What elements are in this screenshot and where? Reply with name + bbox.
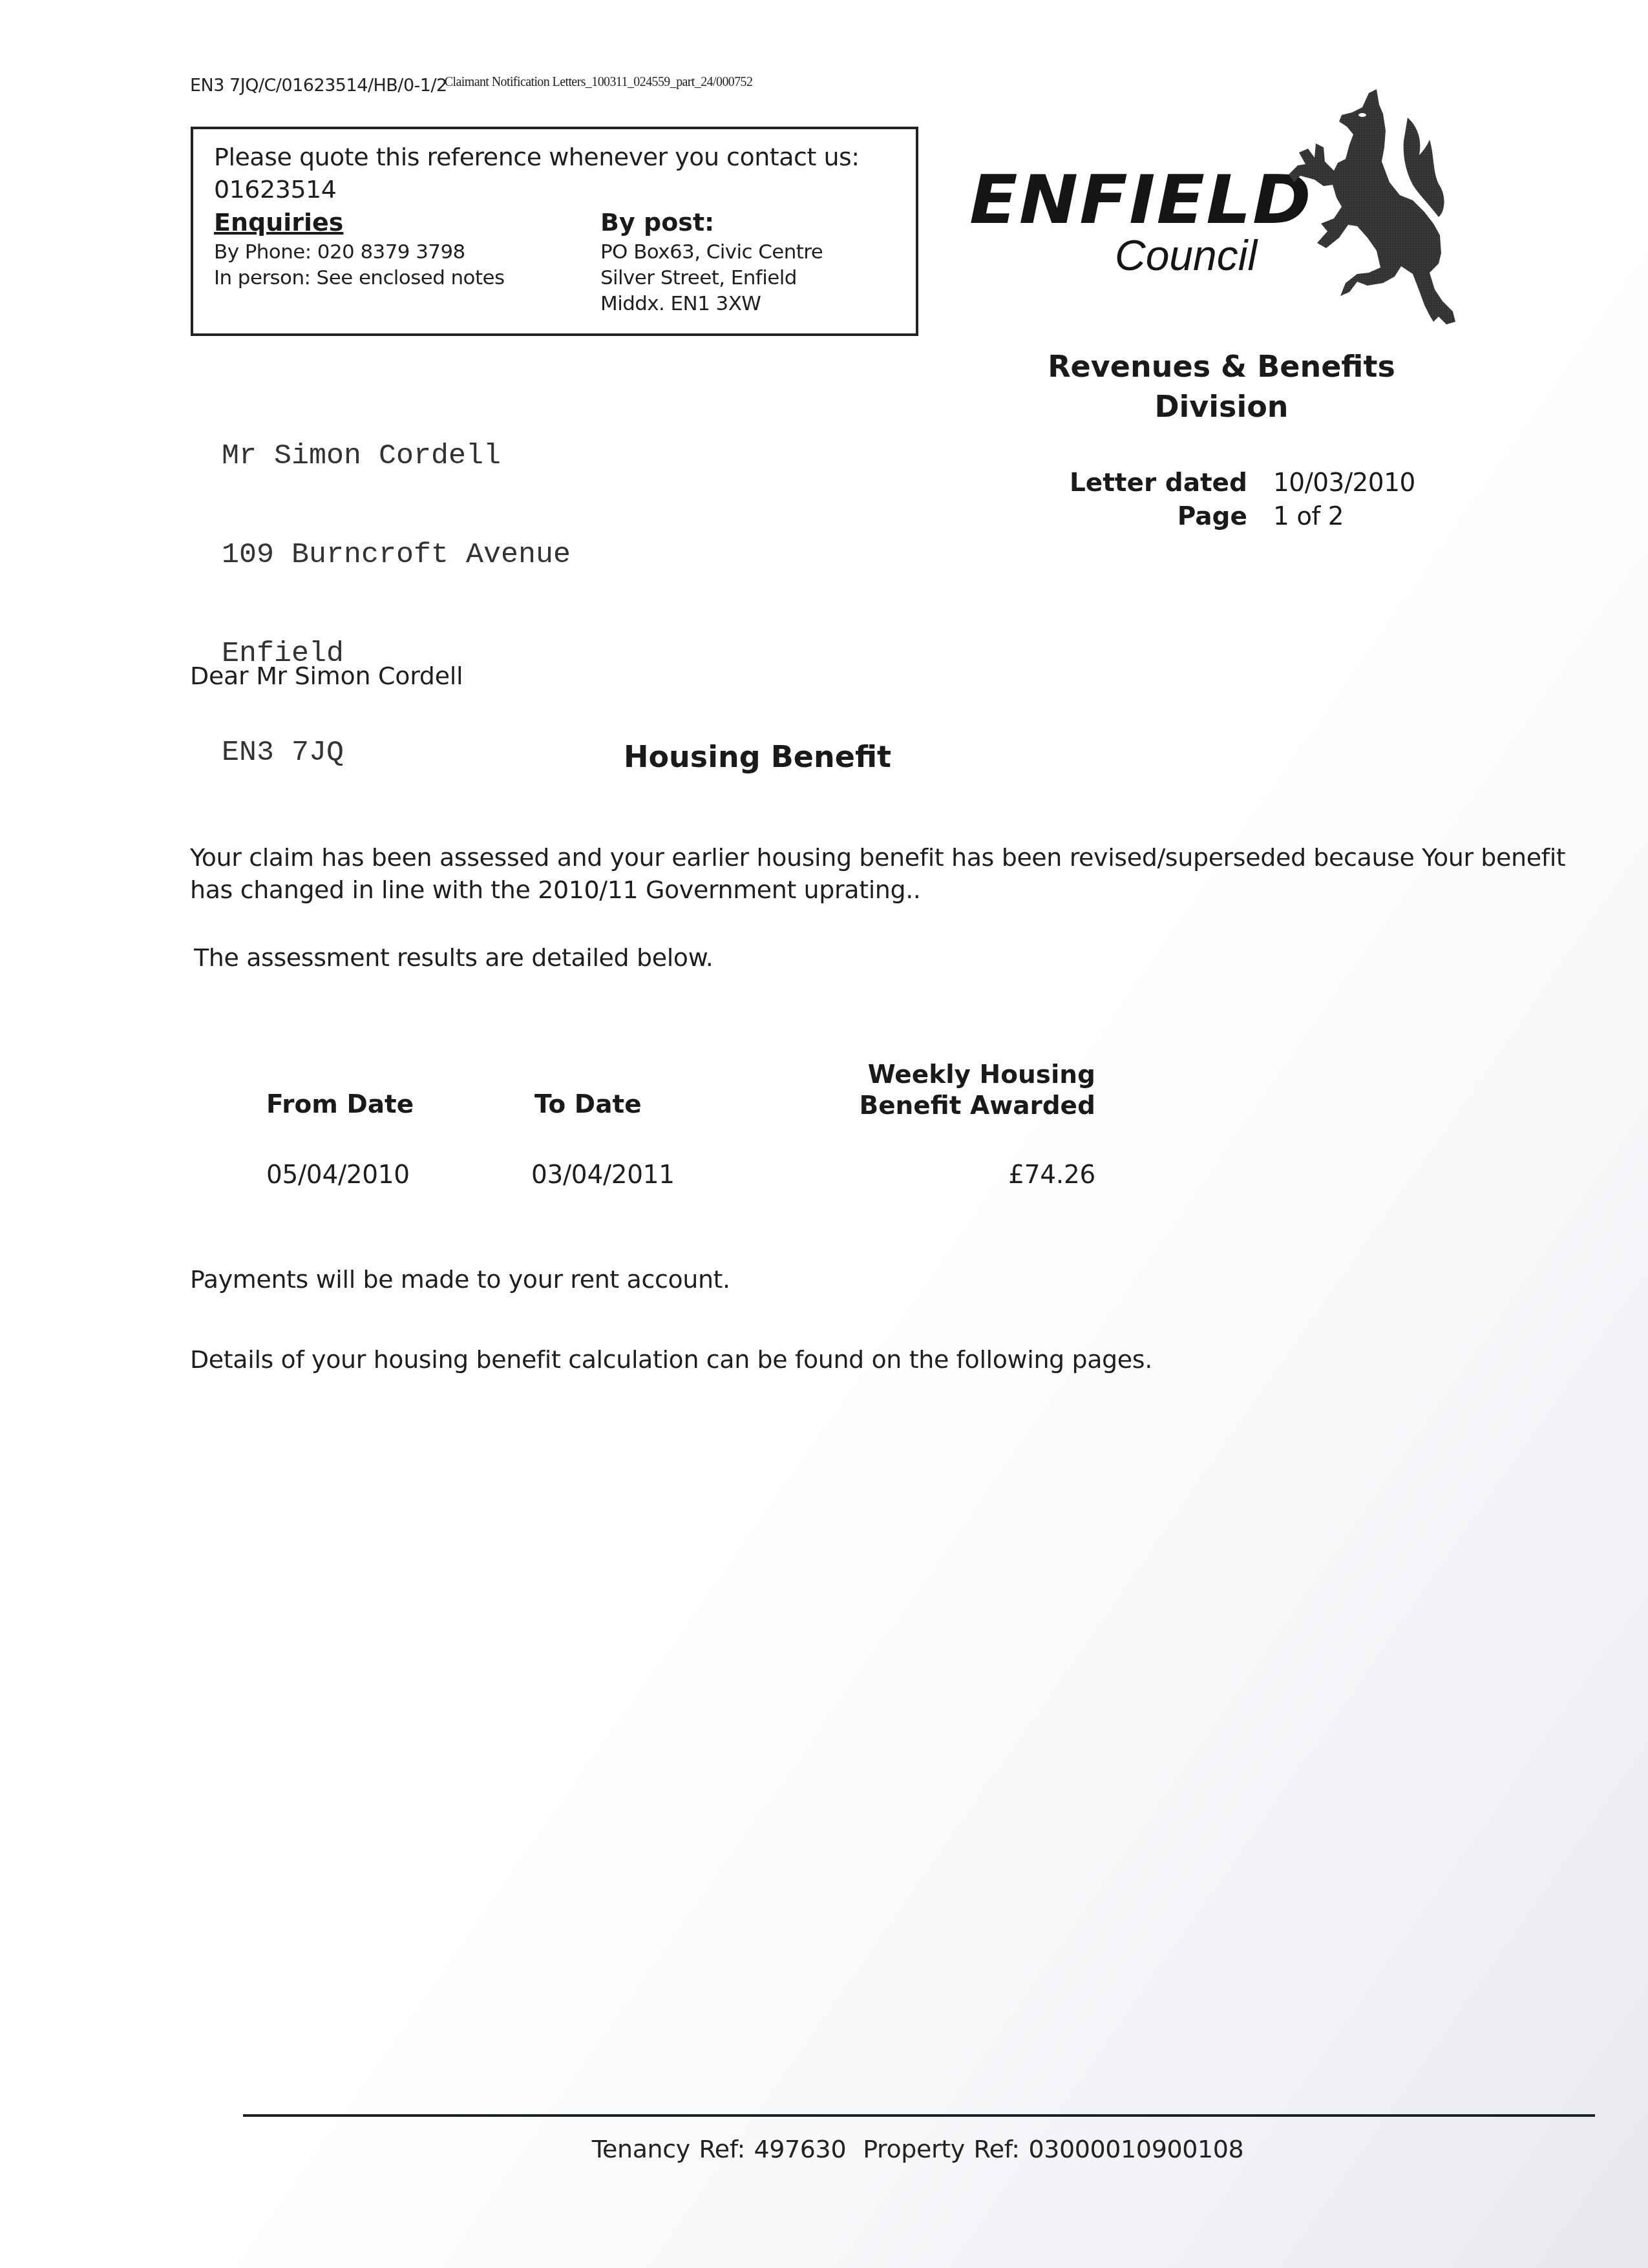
- postal-address-line: Silver Street, Enfield: [600, 265, 823, 291]
- batch-label: Claimant Notification Letters_100311_024…: [445, 75, 753, 89]
- letter-date-label: Letter dated: [1034, 467, 1273, 500]
- footer-references: Tenancy Ref: 497630Property Ref: 0300001…: [233, 2135, 1603, 2163]
- greeting: Dear Mr Simon Cordell: [190, 662, 463, 690]
- division-line-1: Revenues & Benefits: [995, 346, 1448, 386]
- enquiries-phone: By Phone: 020 8379 3798: [214, 239, 505, 265]
- recipient-postcode: EN3 7JQ: [222, 736, 571, 769]
- letter-title: Housing Benefit: [624, 739, 891, 774]
- property-ref: Property Ref: 0300001090010​8: [863, 2135, 1243, 2163]
- page-number: 1 of 2: [1273, 500, 1344, 534]
- letter-reference-code: EN3 7JQ/C/01623514/HB/0-1/2Claimant Noti…: [190, 75, 752, 96]
- enquiries-in-person: In person: See enclosed notes: [214, 265, 505, 291]
- reference-code: EN3 7JQ/C/01623514/HB/0-1/2: [190, 76, 447, 96]
- assessment-paragraph: Your claim has been assessed and your ea…: [190, 841, 1579, 906]
- column-header-from-date: From Date: [266, 1089, 414, 1120]
- letter-meta: Letter dated 10/03/2010 Page 1 of 2: [1034, 467, 1415, 534]
- postal-address-line: Middx. EN1 3XW: [600, 291, 823, 317]
- recipient-street: 109 Burncroft Avenue: [222, 538, 571, 571]
- page-label: Page: [1034, 500, 1273, 534]
- division-line-2: Division: [995, 386, 1448, 426]
- cell-weekly-amount: £74.26: [1008, 1160, 1095, 1190]
- rampant-wolf-icon: [1286, 85, 1474, 331]
- recipient-name: Mr Simon Cordell: [222, 439, 571, 472]
- cell-from-date: 05/04/2010: [266, 1160, 410, 1190]
- reference-box: Please quote this reference whenever you…: [191, 127, 918, 336]
- column-header-line: Benefit Awarded: [859, 1091, 1095, 1122]
- payment-note: Payments will be made to your rent accou…: [190, 1265, 730, 1294]
- letter-date-value: 10/03/2010: [1273, 467, 1415, 500]
- by-post-heading: By post:: [600, 208, 714, 236]
- division-heading: Revenues & Benefits Division: [995, 346, 1448, 426]
- quote-reference-text: Please quote this reference whenever you…: [214, 141, 899, 205]
- details-note: Details of your housing benefit calculat…: [190, 1345, 1152, 1374]
- recipient-address: Mr Simon Cordell 109 Burncroft Avenue En…: [222, 373, 571, 802]
- column-header-to-date: To Date: [534, 1089, 642, 1120]
- council-logo-wordmark: ENFIELD: [969, 160, 1313, 239]
- tenancy-ref: Tenancy Ref: 497630: [592, 2135, 847, 2163]
- column-header-weekly-benefit: Weekly Housing Benefit Awarded: [859, 1060, 1095, 1122]
- enquiries-details: By Phone: 020 8379 3798 In person: See e…: [214, 239, 505, 291]
- council-logo-subtitle: Council: [1115, 231, 1257, 280]
- results-intro: The assessment results are detailed belo…: [194, 943, 713, 972]
- footer-divider: [243, 2114, 1595, 2117]
- cell-to-date: 03/04/2011: [531, 1160, 675, 1190]
- postal-address-line: PO Box63, Civic Centre: [600, 239, 823, 265]
- column-header-line: Weekly Housing: [859, 1060, 1095, 1091]
- enquiries-heading: Enquiries: [214, 208, 343, 236]
- postal-address: PO Box63, Civic Centre Silver Street, En…: [600, 239, 823, 317]
